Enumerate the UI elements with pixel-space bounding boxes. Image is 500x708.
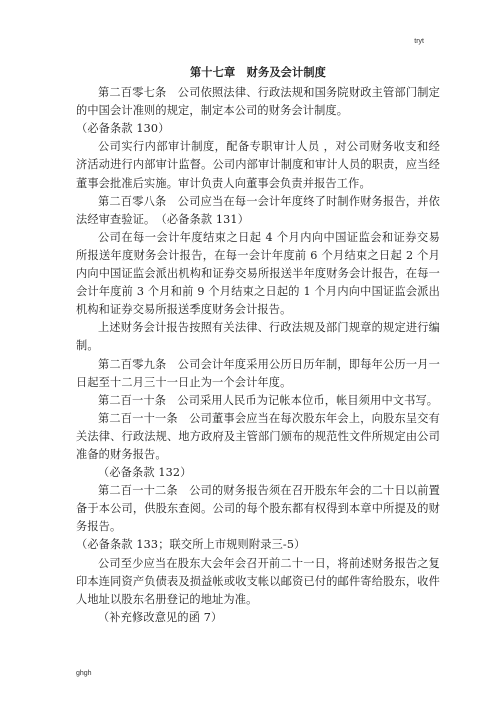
article-208: 第二百零八条 公司应当在每一会计年度终了时制作财务报告，并依法经审查验证。 （必… — [76, 193, 440, 229]
note-130: （必备条款 130） — [76, 120, 440, 138]
reporting-deadlines-paragraph: 公司在每一会计年度结束之日起 4 个月内向中国证监会和证券交易所报送年度财务会计… — [76, 229, 440, 319]
article-210: 第二百一十条 公司采用人民币为记帐本位币，帐目须用中文书写。 — [76, 392, 440, 410]
note-133: （必备条款 133；联交所上市规则附录三-5） — [76, 536, 440, 554]
report-preparation-paragraph: 上述财务会计报告按照有关法律、行政法规及部门规章的规定进行编制。 — [76, 319, 440, 355]
article-209: 第二百零九条 公司会计年度采用公历日历年制，即每年公历一月一日起至十二月三十一日… — [76, 356, 440, 392]
chapter-title: 第十七章 财务及会计制度 — [76, 63, 440, 81]
document-body: 第十七章 财务及会计制度 第二百零七条 公司依照法律、行政法规和国务院财政主管部… — [76, 63, 440, 627]
internal-audit-paragraph: 公司实行内部审计制度，配备专职审计人员 ，对公司财务收支和经济活动进行内部审计监… — [76, 138, 440, 192]
article-211: 第二百一十一条 公司董事会应当在每次股东年会上，向股东呈交有关法律、行政法规、地… — [76, 410, 440, 464]
page-footer-mark: ghgh — [76, 670, 92, 677]
article-212: 第二百一十二条 公司的财务报告须在召开股东年会的二十日以前置备于本公司，供股东查… — [76, 482, 440, 536]
report-mailing-paragraph: 公司至少应当在股东大会年会召开前二十一日，将前述财务报告之复印本连同资产负债表及… — [76, 555, 440, 609]
page-header-mark: tryt — [414, 38, 424, 45]
note-supplement-7: （补充修改意见的函 7） — [76, 609, 440, 627]
note-132: （必备条款 132） — [76, 464, 440, 482]
article-207: 第二百零七条 公司依照法律、行政法规和国务院财政主管部门制定的中国会计准则的规定… — [76, 84, 440, 120]
